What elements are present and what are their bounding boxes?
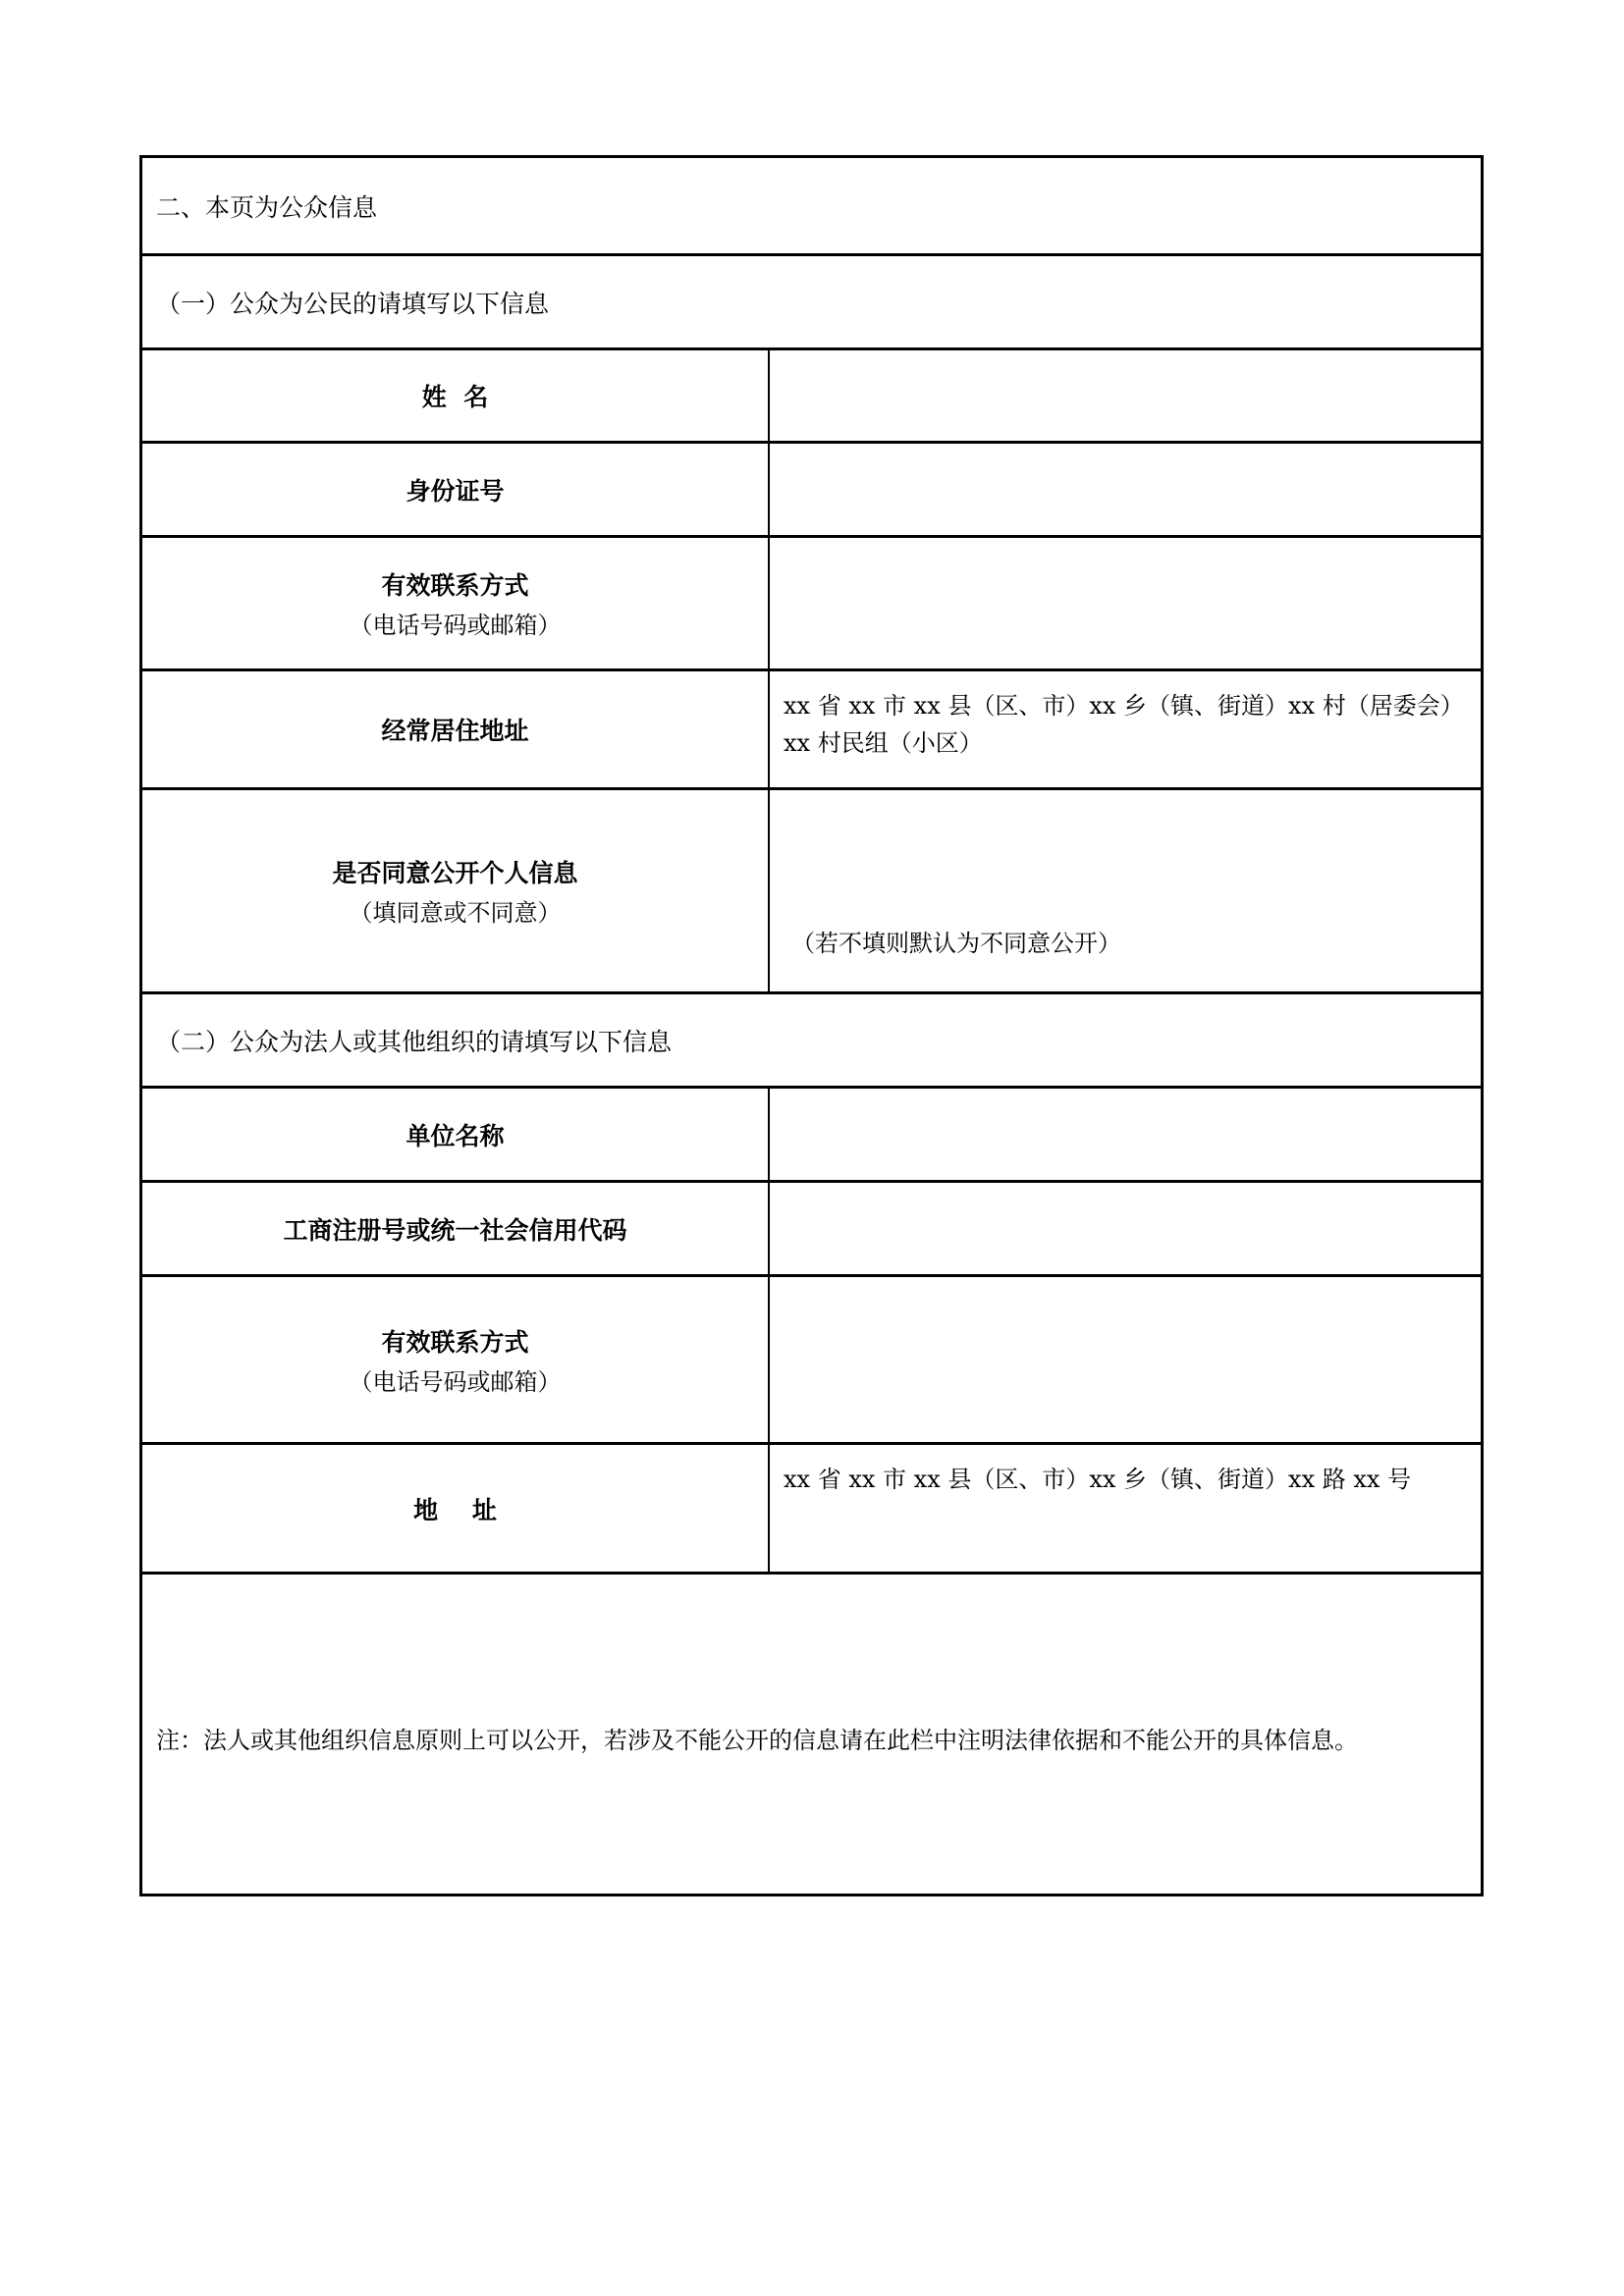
field-sublabel: （电话号码或邮箱） [350,1362,562,1397]
org-name-field[interactable] [768,1089,1481,1180]
citizen-id-field[interactable] [768,444,1481,535]
citizen-consent-row: 是否同意公开个人信息 （填同意或不同意） （若不填则默认为不同意公开） [142,787,1481,991]
citizen-contact-row: 有效联系方式 （电话号码或邮箱） [142,535,1481,668]
citizen-consent-field[interactable]: （若不填则默认为不同意公开） [768,790,1481,991]
field-label: 经常居住地址 [142,671,768,787]
org-address-row: 地 址 xx 省 xx 市 xx 县（区、市）xx 乡（镇、街道）xx 路 xx… [142,1442,1481,1572]
citizen-id-row: 身份证号 [142,441,1481,535]
org-contact-row: 有效联系方式 （电话号码或邮箱） [142,1274,1481,1442]
org-contact-field[interactable] [768,1277,1481,1442]
field-label: 有效联系方式 （电话号码或邮箱） [142,538,768,668]
consent-hint: （若不填则默认为不同意公开） [791,925,1121,962]
citizen-heading-row: （一）公众为公民的请填写以下信息 [142,253,1481,347]
field-label: 是否同意公开个人信息 （填同意或不同意） [142,790,768,991]
section-title-row: 二、本页为公众信息 [142,158,1481,253]
org-code-row: 工商注册号或统一社会信用代码 [142,1180,1481,1274]
org-address-field[interactable]: xx 省 xx 市 xx 县（区、市）xx 乡（镇、街道）xx 路 xx 号 [768,1445,1481,1572]
citizen-heading: （一）公众为公民的请填写以下信息 [142,256,1481,347]
citizen-address-row: 经常居住地址 xx 省 xx 市 xx 县（区、市）xx 乡（镇、街道）xx 村… [142,668,1481,787]
public-info-form: 二、本页为公众信息 （一）公众为公民的请填写以下信息 姓 名 身份证号 有效联系… [139,155,1484,1896]
citizen-contact-field[interactable] [768,538,1481,668]
field-label: 地 址 [142,1445,768,1572]
note-row[interactable]: 注：法人或其他组织信息原则上可以公开，若涉及不能公开的信息请在此栏中注明法律依据… [142,1572,1481,1894]
org-heading: （二）公众为法人或其他组织的请填写以下信息 [142,994,1481,1086]
section-title: 二、本页为公众信息 [142,158,1481,253]
note-text: 注：法人或其他组织信息原则上可以公开，若涉及不能公开的信息请在此栏中注明法律依据… [156,1722,1469,1759]
org-heading-row: （二）公众为法人或其他组织的请填写以下信息 [142,991,1481,1086]
field-label: 单位名称 [142,1089,768,1180]
field-label: 工商注册号或统一社会信用代码 [142,1183,768,1274]
citizen-name-field[interactable] [768,350,1481,441]
citizen-name-row: 姓 名 [142,347,1481,441]
field-sublabel: （电话号码或邮箱） [350,606,562,640]
field-label: 姓 名 [142,350,768,441]
citizen-address-field[interactable]: xx 省 xx 市 xx 县（区、市）xx 乡（镇、街道）xx 村（居委会）xx… [768,671,1481,787]
field-sublabel: （填同意或不同意） [350,893,562,928]
org-name-row: 单位名称 [142,1086,1481,1180]
field-label: 身份证号 [142,444,768,535]
org-code-field[interactable] [768,1183,1481,1274]
field-label: 有效联系方式 （电话号码或邮箱） [142,1277,768,1442]
